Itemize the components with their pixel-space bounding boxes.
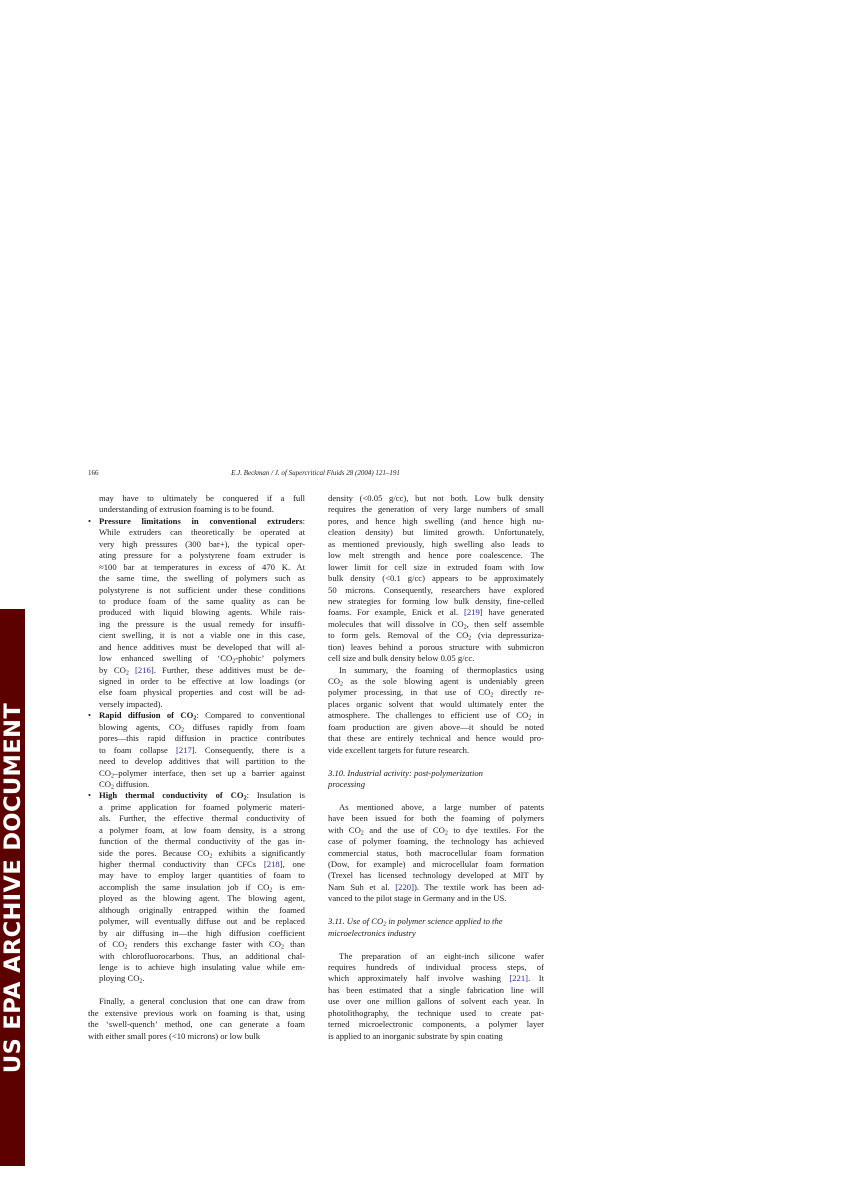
text-line: has been estimated that a single fabrica… [328,985,544,996]
text-line: polymer processing, in that use of CO2 d… [328,687,544,698]
citation-link[interactable]: [220] [395,882,414,892]
text-line: In summary, the foaming of thermoplastic… [328,665,544,676]
text-line: a prime application for foamed polymeric… [88,802,305,813]
text-line: As mentioned above, a large number of pa… [328,802,544,813]
text-line: the ‘swell-quench’ method, one can gener… [88,1019,305,1030]
text-line: ating pressure for a polystyrene foam ex… [88,550,305,561]
text-line: places organic solvent that would ultima… [328,699,544,710]
text-line: (Trexel has licensed technology develope… [328,870,544,881]
text-line: foam production are given above—it shoul… [328,722,544,733]
text-line: tion) leaves behind a porous structure w… [328,642,544,653]
text-line: While extruders can theoretically be ope… [88,527,305,538]
spacer [88,985,305,996]
text-line: ing the pressure is the usual remedy for… [88,619,305,630]
text-line: by air diffusing in—the high diffusion c… [88,928,305,939]
text-line: ploying CO2. [88,973,305,984]
text-line: of CO2 renders this exchange faster with… [88,939,305,950]
text-line: blowing agents, CO2 diffuses rapidly fro… [88,722,305,733]
text-line: side the pores. Because CO2 exhibits a s… [88,848,305,859]
text-line: vide excellent targets for future resear… [328,745,544,756]
text-line: photolithography, the technique used to … [328,1008,544,1019]
text-line: (Dow, for example) and microcellular foa… [328,859,544,870]
text-line: versely impacted). [88,699,305,710]
archive-banner-text: US EPA ARCHIVE DOCUMENT [0,702,26,1072]
section-heading: 3.10. Industrial activity: post-polymeri… [328,768,544,779]
text-line: else foam physical properties and cost w… [88,687,305,698]
text-line: very high pressures (300 bar+), the typi… [88,539,305,550]
text-line: ≈100 bar at temperatures in excess of 47… [88,562,305,573]
text-line: that these are entirely technical and he… [328,733,544,744]
section-heading: processing [328,779,544,790]
text-line: cient swelling, it is not a viable one i… [88,630,305,641]
text-line: terned microelectronic components, a pol… [328,1019,544,1030]
bullet-icon: • [88,516,91,527]
left-column: may have to ultimately be conquered if a… [88,493,305,1042]
text-line: als. Further, the effective thermal cond… [88,813,305,824]
text-line: new strategies for forming low bulk dens… [328,596,544,607]
text-line: ployed as the blowing agent. The blowing… [88,893,305,904]
text-line: vanced to the pilot stage in Germany and… [328,893,544,904]
text-line: cell size and bulk density below 0.05 g/… [328,653,544,664]
bullet-item-title-line: •High thermal conductivity of CO2: Insul… [88,790,305,801]
bullet-icon: • [88,710,91,721]
text-line: may have to ultimately be conquered if a… [88,493,305,504]
text-line: requires hundreds of individual process … [328,962,544,973]
text-line: pores—this rapid diffusion in practice c… [88,733,305,744]
text-line: higher thermal conductivity than CFCs [2… [88,859,305,870]
text-line: CO2 diffusion. [88,779,305,790]
spacer [328,939,544,950]
text-line: bulk density (<0.1 g/cc) appears to be a… [328,573,544,584]
bullet-icon: • [88,790,91,801]
text-line: have been issued for both the foaming of… [328,813,544,824]
text-line: lenge is to achieve high insulating valu… [88,962,305,973]
text-line: requires the generation of very large nu… [328,504,544,515]
text-line: the extensive previous work on foaming i… [88,1008,305,1019]
text-line: atmosphere. The challenges to efficient … [328,710,544,721]
text-line: foams. For example, Enick et al. [219] h… [328,607,544,618]
spacer [328,756,544,767]
text-line: cleation density) but limited growth. Un… [328,527,544,538]
text-line: pores, and hence high swelling (and henc… [328,516,544,527]
running-header: 166 E.J. Beckman / J. of Supercritical F… [88,469,543,481]
text-line: low enhanced swelling of ‘CO2-phobic’ po… [88,653,305,664]
bullet-item-title-line: •Rapid diffusion of CO2: Compared to con… [88,710,305,721]
text-line: to form gels. Removal of the CO2 (via de… [328,630,544,641]
text-line: understanding of extrusion foaming is to… [88,504,305,515]
text-line: 50 microns. Consequently, researchers ha… [328,585,544,596]
citation-link[interactable]: [216] [135,665,154,675]
text-line: a polymer foam, at low foam density, is … [88,825,305,836]
text-line: function of the thermal conductivity of … [88,836,305,847]
text-line: polymer, will eventually diffuse out and… [88,916,305,927]
text-line: density (<0.05 g/cc), but not both. Low … [328,493,544,504]
text-line: lower limit for cell size in extruded fo… [328,562,544,573]
right-column: density (<0.05 g/cc), but not both. Low … [328,493,544,1042]
section-heading: 3.11. Use of CO2 in polymer science appl… [328,916,544,927]
text-line: with CO2 and the use of CO2 to dye texti… [328,825,544,836]
text-line: as mentioned previously, high swelling a… [328,539,544,550]
text-line: commercial status, both macrocellular fo… [328,848,544,859]
citation-link[interactable]: [217] [176,745,195,755]
text-line: which approximately half involve washing… [328,973,544,984]
citation-link[interactable]: [218] [264,859,283,869]
text-line: use over one million gallons of solvent … [328,996,544,1007]
text-line: although originally entrapped within the… [88,905,305,916]
text-line: low melt strength and hence pore coalesc… [328,550,544,561]
text-line: with chlorofluorocarbons. Thus, an addit… [88,951,305,962]
text-line: Nam Suh et al. [220]). The textile work … [328,882,544,893]
text-line: produced with liquid blowing agents. Whi… [88,607,305,618]
text-line: Finally, a general conclusion that one c… [88,996,305,1007]
archive-banner: US EPA ARCHIVE DOCUMENT [0,609,25,1166]
text-line: to foam collapse [217]. Consequently, th… [88,745,305,756]
text-line: the same time, the swelling of polymers … [88,573,305,584]
text-line: is applied to an inorganic substrate by … [328,1031,544,1042]
text-line: case of polymer foaming, the technology … [328,836,544,847]
citation-link[interactable]: [221] [509,973,528,983]
spacer [328,905,544,916]
text-line: The preparation of an eight-inch silicon… [328,951,544,962]
text-line: by CO2 [216]. Further, these additives m… [88,665,305,676]
text-line: molecules that will dissolve in CO2, the… [328,619,544,630]
text-line: polystyrene is not sufficient under thes… [88,585,305,596]
text-line: signed in order to be effective at low l… [88,676,305,687]
text-line: CO2 as the sole blowing agent is undenia… [328,676,544,687]
text-line: need to develop additives that will part… [88,756,305,767]
text-line: with either small pores (<10 microns) or… [88,1031,305,1042]
citation-link[interactable]: [219] [464,607,483,617]
text-line: to produce foam of the same quality as c… [88,596,305,607]
spacer [328,790,544,801]
text-line: CO2–polymer interface, then set up a bar… [88,768,305,779]
text-line: accomplish the same insulation job if CO… [88,882,305,893]
journal-citation: E.J. Beckman / J. of Supercritical Fluid… [88,469,543,477]
section-heading: microelectronics industry [328,928,544,939]
text-line: and hence additives must be developed th… [88,642,305,653]
bullet-item-title-line: •Pressure limitations in conventional ex… [88,516,305,527]
text-line: may have to employ larger quantities of … [88,870,305,881]
